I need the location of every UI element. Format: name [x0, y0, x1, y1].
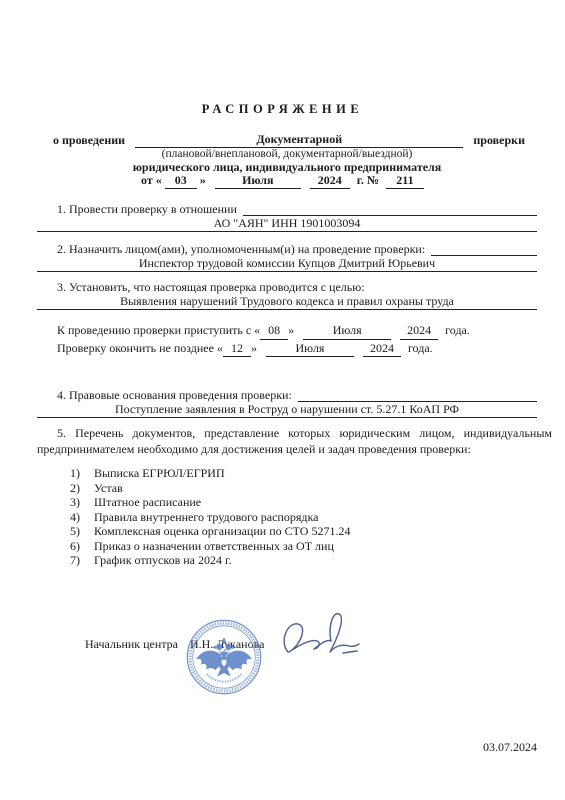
- period-start-suffix: года.: [445, 323, 470, 337]
- list-item-number: 6): [70, 539, 85, 554]
- close-quote: »: [251, 341, 257, 355]
- list-item-number: 1): [70, 466, 85, 481]
- inspection-period: К проведению проверки приступить с «08» …: [37, 322, 565, 357]
- order-document-page: РАСПОРЯЖЕНИЕ о проведении Документарной …: [0, 0, 565, 800]
- official-stamp-icon: [185, 618, 263, 696]
- item-4-value: Поступление заявления в Роструд о наруше…: [37, 402, 537, 418]
- item-1-value: АО "АЯН" ИНН 1901003094: [37, 216, 537, 232]
- item-2-value: Инспектор трудовой комиссии Купцов Дмитр…: [37, 256, 537, 272]
- period-start-row: К проведению проверки приступить с «08» …: [57, 322, 565, 340]
- period-end-day: 12: [223, 340, 251, 358]
- list-item-text: Выписка ЕГРЮЛ/ЕГРИП: [94, 466, 225, 481]
- documents-intro: 5. Перечень документов, представление ко…: [37, 426, 552, 457]
- list-item: 1) Выписка ЕГРЮЛ/ЕГРИП: [70, 466, 530, 481]
- close-quote: »: [288, 323, 294, 337]
- number-sign: №: [367, 173, 379, 187]
- year-suffix: г.: [357, 173, 364, 187]
- item-3-value: Выявления нарушений Трудового кодекса и …: [37, 294, 537, 310]
- date-prefix: от «: [141, 173, 162, 187]
- period-start-prefix: К проведению проверки приступить с: [57, 323, 251, 337]
- order-year: 2024: [310, 173, 350, 189]
- list-item: 5) Комплексная оценка организации по СТО…: [70, 524, 530, 539]
- period-start-day: 08: [260, 322, 288, 340]
- blank-line: [431, 255, 537, 256]
- check-type-hint: (плановой/внеплановой, документарной/вые…: [37, 148, 537, 160]
- list-item-number: 7): [70, 553, 85, 568]
- order-day: 03: [165, 173, 197, 189]
- list-item-number: 4): [70, 510, 85, 525]
- list-item: 6) Приказ о назначении ответственных за …: [70, 539, 530, 554]
- item-1-label: 1. Провести проверку в отношении: [37, 202, 237, 216]
- order-month: Июля: [215, 173, 301, 189]
- list-item-text: Комплексная оценка организации по СТО 52…: [94, 524, 350, 539]
- period-end-suffix: года.: [408, 341, 433, 355]
- about-prefix: о проведении: [53, 133, 125, 148]
- list-item-text: Правила внутреннего трудового распорядка: [94, 510, 318, 525]
- item-3: 3. Установить, что настоящая проверка пр…: [37, 280, 537, 310]
- period-start-year: 2024: [400, 322, 438, 340]
- item-4: 4. Правовые основания проведения проверк…: [37, 388, 537, 418]
- date-close-quote: »: [200, 173, 206, 187]
- list-item-text: График отпусков на 2024 г.: [94, 553, 232, 568]
- list-item-number: 2): [70, 481, 85, 496]
- period-start-month: Июля: [303, 322, 391, 340]
- check-type-row: о проведении Документарной проверки: [53, 132, 525, 148]
- documents-list: 1) Выписка ЕГРЮЛ/ЕГРИП 2) Устав 3) Штатн…: [70, 466, 530, 568]
- check-type-value: Документарной: [135, 132, 463, 148]
- list-item: 4) Правила внутреннего трудового распоря…: [70, 510, 530, 525]
- document-title: РАСПОРЯЖЕНИЕ: [0, 102, 565, 117]
- list-item: 7) График отпусков на 2024 г.: [70, 553, 530, 568]
- order-date-line: от « 03 » Июля 2024 г. № 211: [0, 173, 565, 189]
- period-end-month: Июля: [266, 340, 354, 358]
- period-end-row: Проверку окончить не позднее «12» Июля 2…: [57, 340, 565, 358]
- period-end-prefix: Проверку окончить не позднее: [57, 341, 214, 355]
- list-item-text: Приказ о назначении ответственных за ОТ …: [94, 539, 334, 554]
- list-item-text: Штатное расписание: [94, 495, 201, 510]
- list-item: 2) Устав: [70, 481, 530, 496]
- item-1: 1. Провести проверку в отношении АО "АЯН…: [37, 202, 537, 232]
- list-item-number: 5): [70, 524, 85, 539]
- item-2: 2. Назначить лицом(ами), уполномоченным(…: [37, 242, 537, 272]
- order-number: 211: [386, 173, 424, 189]
- period-end-year: 2024: [363, 340, 401, 358]
- item-2-label: 2. Назначить лицом(ами), уполномоченным(…: [37, 242, 425, 256]
- double-headed-eagle-icon: [196, 638, 252, 677]
- item-4-label: 4. Правовые основания проведения проверк…: [37, 388, 292, 402]
- signature-icon: [279, 604, 367, 670]
- item-3-label: 3. Установить, что настоящая проверка пр…: [37, 280, 365, 294]
- about-suffix: проверки: [473, 133, 525, 148]
- list-item-text: Устав: [94, 481, 123, 496]
- list-item-number: 3): [70, 495, 85, 510]
- signer-position: Начальник центра: [85, 637, 178, 652]
- list-item: 3) Штатное расписание: [70, 495, 530, 510]
- footer-date: 03.07.2024: [462, 740, 537, 755]
